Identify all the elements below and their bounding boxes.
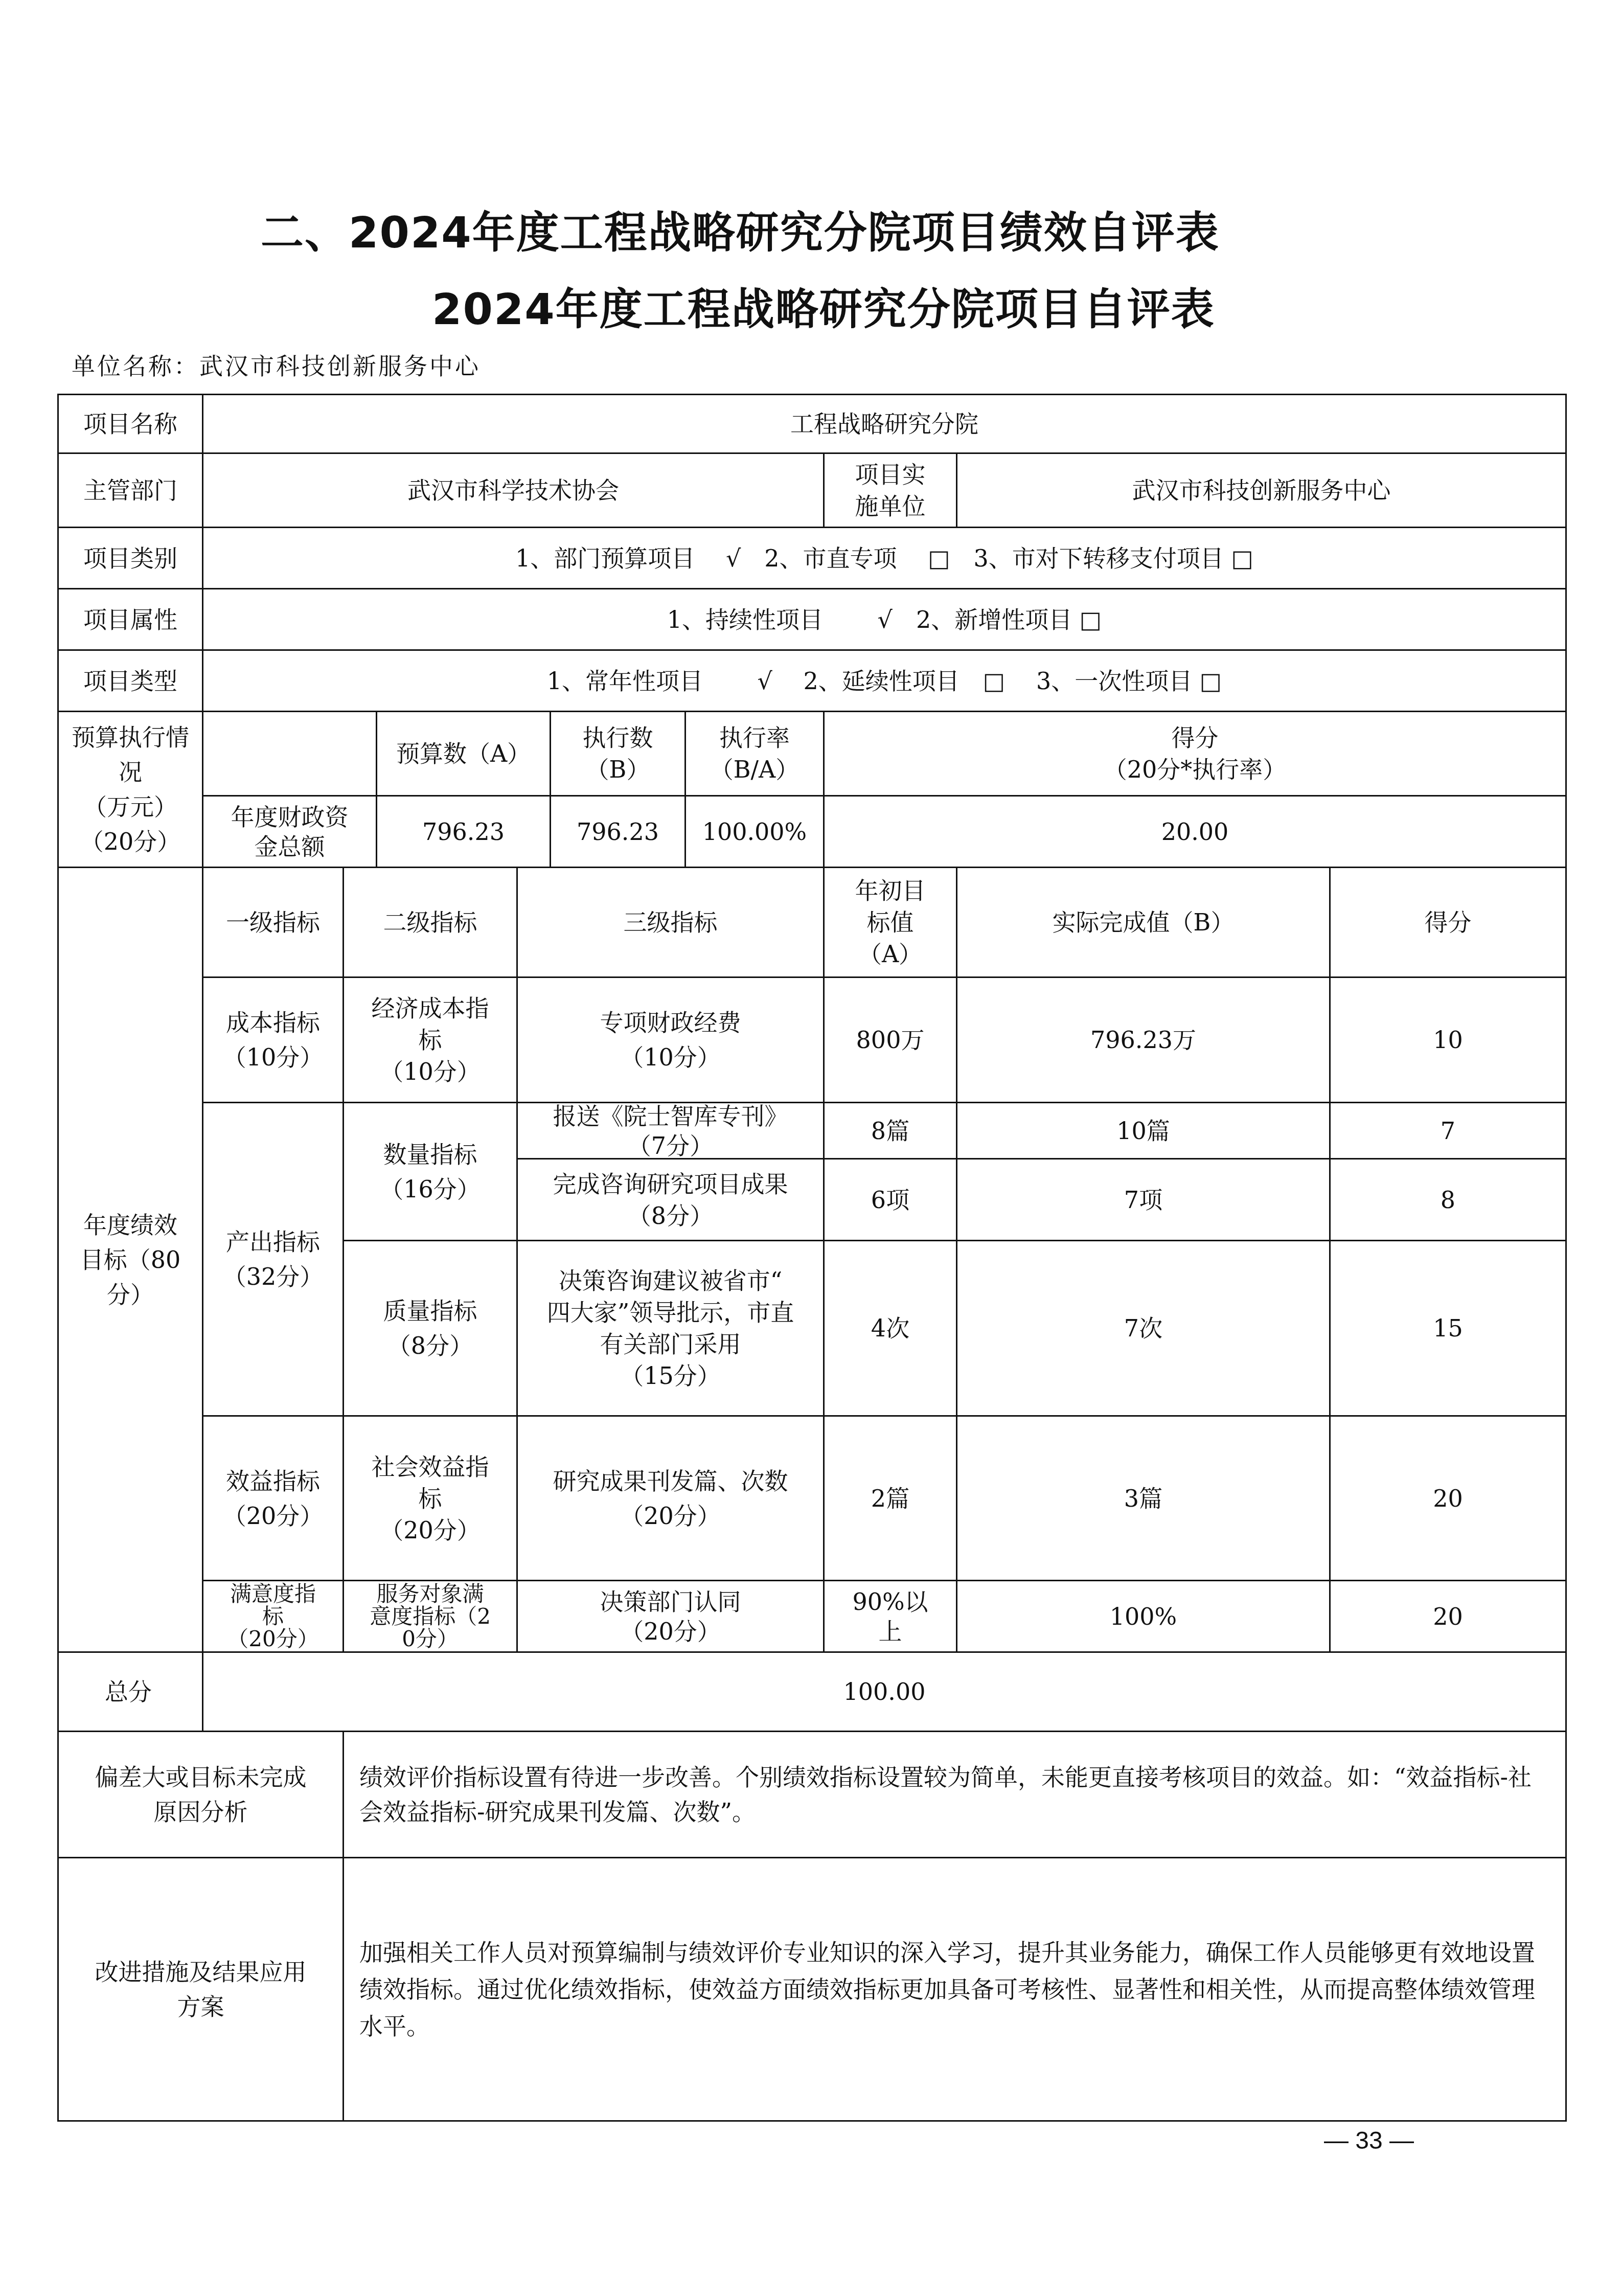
actual-row-5: 100% [956,1580,1331,1653]
budget-row-name: 年度财政资 金总额 [202,795,377,868]
score-row-0: 10 [1329,976,1567,1103]
budget-label: 预算执行情况 （万元） （20分） [57,711,203,868]
budget-value-score: 20.00 [823,795,1567,868]
level2-service-satisfaction: 服务对象满 意度指标（2 0分） [342,1580,518,1653]
score-row-2: 8 [1329,1158,1567,1241]
deviation-label: 偏差大或目标未完成 原因分析 [57,1731,344,1858]
score-row-1: 7 [1329,1102,1567,1160]
budget-value-a: 796.23 [376,795,551,868]
budget-value-rate: 100.00% [684,795,825,868]
actual-row-1: 10篇 [956,1102,1331,1160]
type-options: 1、常年性项目 √ 2、延续性项目 □ 3、一次性项目 □ [202,649,1567,712]
section-title: 二、2024年度工程战略研究分院项目绩效自评表 [261,198,1220,260]
deviation-text: 绩效评价指标设置有待进一步改善。个别绩效指标设置较为简单，未能更直接考核项目的效… [342,1731,1567,1858]
total-label: 总分 [57,1651,203,1732]
impl-unit-label: 项目实 施单位 [823,452,957,528]
budget-value-b: 796.23 [550,795,686,868]
header-actual: 实际完成值（B） [956,867,1331,978]
score-row-3: 15 [1329,1240,1567,1417]
table-title: 2024年度工程战略研究分院项目自评表 [432,275,1215,337]
level3-row-0: 专项财政经费 （10分） [516,976,825,1103]
budget-header-rate: 执行率 （B/A） [684,711,825,797]
header-score: 得分 [1329,867,1567,978]
project-name-label: 项目名称 [57,394,203,454]
level2-quality: 质量指标 （8分） [342,1240,518,1417]
type-label: 项目类型 [57,649,203,712]
level2-social-benefit: 社会效益指 标 （20分） [342,1415,518,1581]
target-row-5: 90%以 上 [823,1580,957,1653]
category-label: 项目类别 [57,527,203,589]
score-row-4: 20 [1329,1415,1567,1581]
total-value: 100.00 [202,1651,1567,1732]
performance-label: 年度绩效 目标（80 分） [57,867,203,1653]
header-level2: 二级指标 [342,867,518,978]
level1-satisfaction: 满意度指 标 （20分） [202,1580,344,1653]
actual-row-4: 3篇 [956,1415,1331,1581]
level3-row-2: 完成咨询研究项目成果 （8分） [516,1158,825,1241]
level1-benefit: 效益指标 （20分） [202,1415,344,1581]
level3-row-1: 报送《院士智库专刊》 （7分） [516,1102,825,1160]
actual-row-0: 796.23万 [956,976,1331,1103]
level1-output: 产出指标 （32分） [202,1102,344,1417]
target-row-2: 6项 [823,1158,957,1241]
budget-header-blank [202,711,377,797]
level3-row-4: 研究成果刊发篇、次数 （20分） [516,1415,825,1581]
target-row-3: 4次 [823,1240,957,1417]
level2-quantity: 数量指标 （16分） [342,1102,518,1241]
level3-row-3: 决策咨询建议被省市“ 四大家”领导批示，市直 有关部门采用 （15分） [516,1240,825,1417]
header-level3: 三级指标 [516,867,825,978]
improvement-label: 改进措施及结果应用 方案 [57,1857,344,2122]
target-row-0: 800万 [823,976,957,1103]
score-row-5: 20 [1329,1580,1567,1653]
level2-economic-cost: 经济成本指 标 （10分） [342,976,518,1103]
header-target: 年初目 标值 （A） [823,867,957,978]
unit-name: 单位名称：武汉市科技创新服务中心 [72,348,481,381]
actual-row-2: 7项 [956,1158,1331,1241]
attribute-options: 1、持续性项目 √ 2、新增性项目 □ [202,588,1567,651]
dept-label: 主管部门 [57,452,203,528]
header-level1: 一级指标 [202,867,344,978]
budget-header-a: 预算数（A） [376,711,551,797]
budget-header-b: 执行数 （B） [550,711,686,797]
improvement-text: 加强相关工作人员对预算编制与绩效评价专业知识的深入学习，提升其业务能力，确保工作… [342,1857,1567,2122]
level3-row-5: 决策部门认同 （20分） [516,1580,825,1653]
target-row-4: 2篇 [823,1415,957,1581]
category-options: 1、部门预算项目 √ 2、市直专项 □ 3、市对下转移支付项目 □ [202,527,1567,589]
target-row-1: 8篇 [823,1102,957,1160]
actual-row-3: 7次 [956,1240,1331,1417]
budget-header-score: 得分 （20分*执行率） [823,711,1567,797]
page-number: — 33 — [1324,2127,1414,2155]
attribute-label: 项目属性 [57,588,203,651]
impl-unit-value: 武汉市科技创新服务中心 [956,452,1567,528]
level1-cost: 成本指标 （10分） [202,976,344,1103]
project-name-value: 工程战略研究分院 [202,394,1567,454]
dept-value: 武汉市科学技术协会 [202,452,825,528]
